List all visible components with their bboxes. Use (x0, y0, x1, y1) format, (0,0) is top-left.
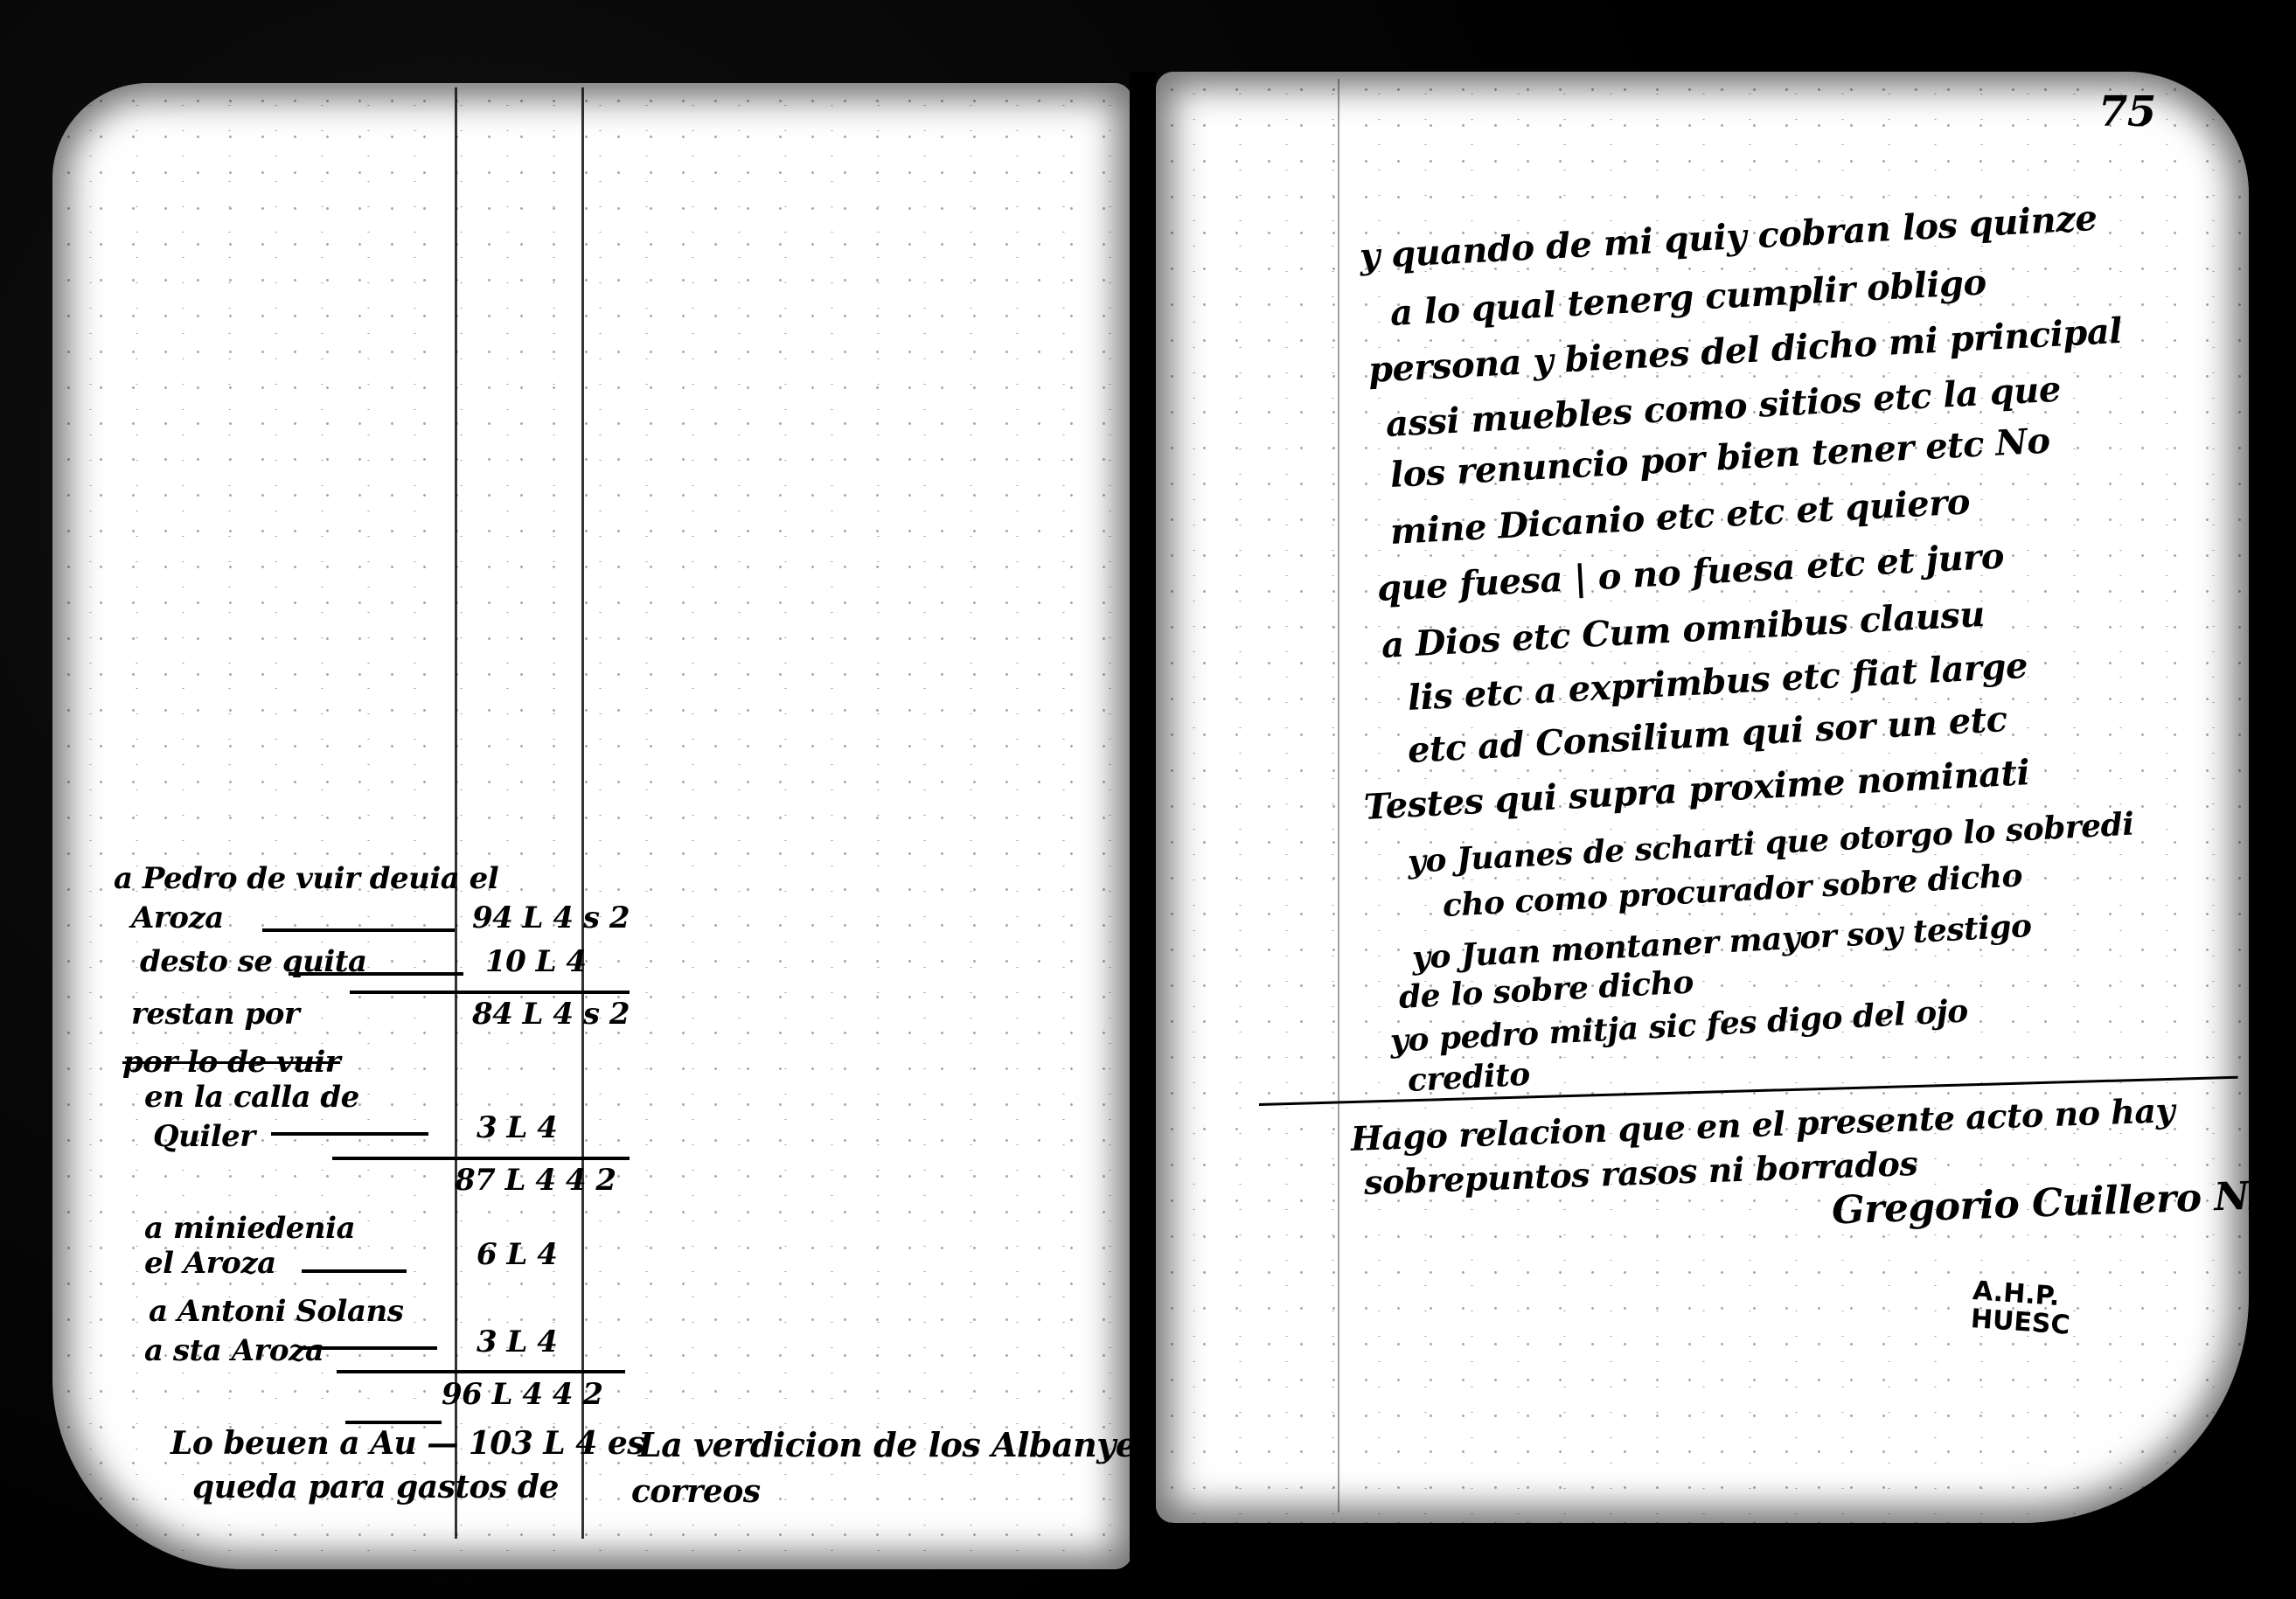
archive-stamp: A.H.P. HUESC (1970, 1277, 2073, 1339)
ledger-leader-line (302, 1346, 437, 1350)
ledger-leader-line (262, 928, 455, 932)
ledger-subtotal: 87 L 4 4 2 (455, 1163, 616, 1198)
marginal-note: correos (631, 1473, 761, 1510)
ledger-leader-line (271, 1132, 428, 1136)
ledger-amount: 10 L 4 (485, 944, 587, 979)
binding-gutter (1130, 72, 1156, 1575)
ledger-label: a Antoni Solans (149, 1294, 403, 1329)
ledger-leader-line (289, 972, 463, 976)
ledger-amount: 84 L 4 s 2 (472, 997, 630, 1032)
ledger-label: Aroza (131, 900, 224, 935)
ledger-amount: 3 L 4 (477, 1324, 557, 1359)
ledger-footer: queda para gastos de (192, 1469, 559, 1505)
ledger-amount: 94 L 4 s 2 (472, 900, 630, 935)
ledger-label: a sta Aroza (144, 1333, 324, 1368)
ledger-total: 96 L 4 4 2 (442, 1377, 603, 1412)
ledger-amount: 6 L 4 (477, 1237, 557, 1272)
ledger-leader-line (302, 1269, 407, 1273)
witness-line: credito (1407, 1056, 1531, 1099)
ledger-label: el Aroza (144, 1246, 276, 1281)
left-ruling-line-2 (581, 87, 584, 1539)
ledger-sum-line (332, 1157, 630, 1160)
ledger-sum-line (345, 1421, 442, 1424)
ledger-label: en la calla de (144, 1080, 359, 1115)
stamp-line: HUESC (1970, 1305, 2071, 1339)
folio-number: 75 (2098, 87, 2156, 136)
ledger-label: a Pedro de vuir deuia el (114, 861, 498, 896)
marginal-note: La verdicion de los Albanyes (638, 1425, 1154, 1464)
ledger-sum-line (337, 1370, 625, 1373)
ledger-amount: 3 L 4 (477, 1110, 557, 1145)
ledger-label: Quiler (153, 1119, 255, 1154)
right-margin-line (1338, 79, 1339, 1512)
ledger-sum-line (350, 991, 630, 994)
ledger-label: restan por (131, 997, 299, 1032)
ledger-label: por lo de vuir (122, 1045, 340, 1080)
ledger-footer: Lo beuen a Au — 103 L 4 es (170, 1425, 644, 1462)
ledger-label: a miniedenia (144, 1211, 355, 1246)
left-ruling-line (455, 87, 457, 1539)
